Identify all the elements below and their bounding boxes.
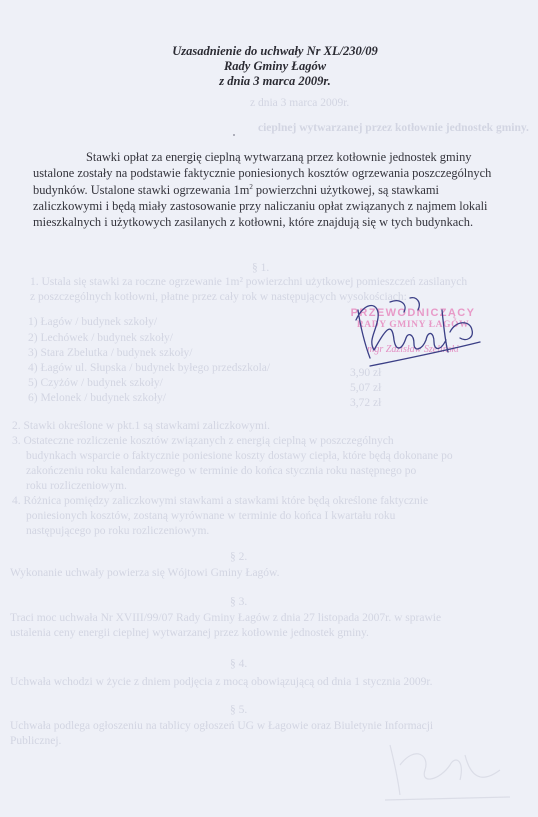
bleed-line: Uchwała wchodzi w życie z dniem podjęcia… [10,676,432,688]
paragraph-line: budynków. Ustalone stawki ogrzewania 1m2… [33,182,513,198]
bleed-line: Traci moc uchwała Nr XVIII/99/07 Rady Gm… [10,612,441,624]
header-title: Uzasadnienie do uchwały Nr XL/230/09 [150,44,400,59]
bleed-line: zakończeniu roku kalendarzowego w termin… [26,465,416,477]
bleed-line: 3) Stara Zbelutka / budynek szkoły/ [28,347,192,359]
bleed-line: § 1. [252,262,269,274]
paragraph-line: zaliczkowymi i będą miały zastosowanie p… [33,198,513,214]
justification-paragraph: Stawki opłat za energię cieplną wytwarza… [33,149,513,230]
bleed-line: z dnia 3 marca 2009r. [250,97,349,109]
paragraph-fragment: budynków. Ustalone stawki ogrzewania 1m [33,183,249,197]
bleed-line: ustalenia ceny energii cieplnej wytwarza… [10,627,369,639]
bleed-line: cieplnej wytwarzanej przez kotłownie jed… [258,122,529,134]
scan-speck [233,134,235,136]
bleed-line: 6) Melonek / budynek szkoły/ [28,392,166,404]
bleed-value: 3,72 zł [350,397,381,409]
bleed-line: 2) Lechówek / budynek szkoły/ [28,332,173,344]
bleed-value: 5,07 zł [350,382,381,394]
bleed-line: 1) Łagów / budynek szkoły/ [28,316,157,328]
scanned-document-page: z dnia 3 marca 2009r. cieplnej wytwarzan… [0,0,538,817]
paragraph-line: Stawki opłat za energię cieplną wytwarza… [33,149,513,165]
bleed-line: Publicznej. [10,735,61,747]
document-header: Uzasadnienie do uchwały Nr XL/230/09 Rad… [150,44,400,89]
header-council: Rady Gminy Łagów [150,59,400,74]
bleed-line: 4. Różnica pomiędzy zaliczkowymi stawkam… [12,495,428,507]
bleed-line: § 4. [230,658,247,670]
paragraph-line: mieszkalnych i użytkowych zasilanych z k… [33,214,513,230]
bleed-line: Wykonanie uchwały powierza się Wójtowi G… [10,567,280,579]
bleed-line: 5) Czyżów / budynek szkoły/ [28,377,163,389]
bleed-line: budynkach wsparcie o faktycznie poniesio… [26,450,453,462]
paragraph-line: ustalone zostały na podstawie faktycznie… [33,165,513,181]
bleed-line: 4) Łagów ul. Słupska / budynek byłego pr… [28,362,270,374]
bleed-line: 2. Stawki określone w pkt.1 są stawkami … [12,420,270,432]
bleed-line: § 5. [230,704,247,716]
signature-icon [330,290,490,370]
bleed-line: poniesionych kosztów, zostaną wyrównane … [26,510,395,522]
paragraph-fragment: powierzchni użytkowej, są stawkami [253,183,439,197]
bleed-line: 3. Ostateczne rozliczenie kosztów związa… [12,435,394,447]
bleed-line: następującego po roku rozliczeniowym. [26,525,209,537]
bleed-signature-icon [370,725,520,805]
header-date: z dnia 3 marca 2009r. [150,74,400,89]
bleed-line: roku rozliczeniowym. [26,480,127,492]
bleed-line: 1. Ustala się stawki za roczne ogrzewani… [30,276,467,288]
bleed-line: § 2. [230,551,247,563]
bleed-line: § 3. [230,596,247,608]
